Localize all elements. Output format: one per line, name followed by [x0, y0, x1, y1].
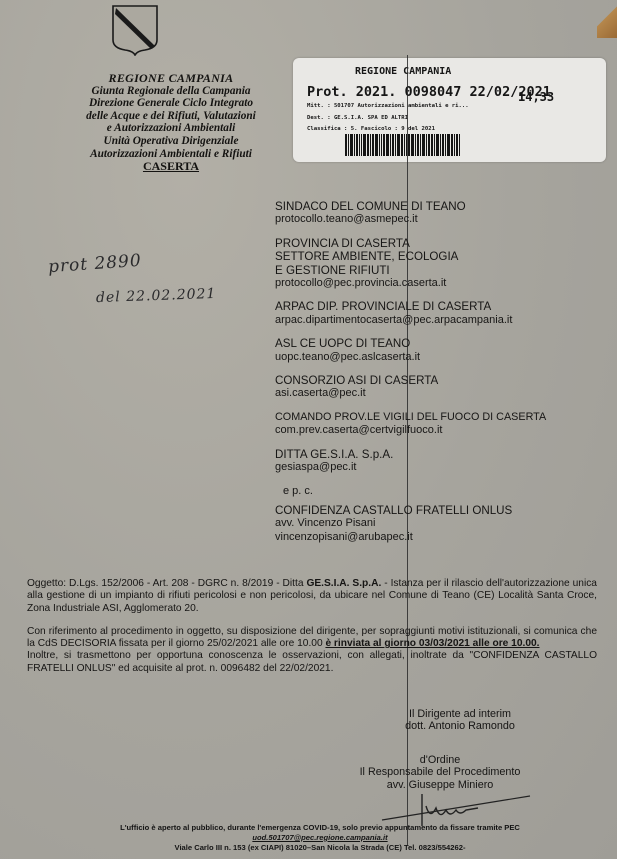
recipient-name: CONFIDENZA CASTALLO FRATELLI ONLUS [275, 504, 595, 517]
recipient-name: DITTA GE.S.I.A. S.p.A. [275, 448, 595, 461]
header-city: CASERTA [60, 160, 282, 173]
protocol-time: 14,33 [518, 90, 554, 104]
stamp-sender: Mitt. : 501707 Autorizzazioni ambientali… [307, 103, 469, 109]
recipient-attention: avv. Vincenzo Pisani [275, 517, 595, 530]
office-address: Viale Carlo III n. 153 (ex CIAPI) 81020–… [60, 843, 580, 853]
recipient: SINDACO DEL COMUNE DI TEANO protocollo.t… [275, 200, 595, 227]
recipient-email: vincenzopisani@arubapec.it [275, 531, 595, 544]
recipient: CONSORZIO ASI DI CASERTA asi.caserta@pec… [275, 374, 595, 401]
regione-campania-crest-icon [111, 4, 159, 56]
stamp-heading: REGIONE CAMPANIA [355, 66, 451, 77]
recipient-name: ARPAC DIP. PROVINCIALE DI CASERTA [275, 300, 595, 313]
recipient-email: arpac.dipartimentocaserta@pec.arpacampan… [275, 314, 595, 327]
issuer-header: REGIONE CAMPANIA Giunta Regionale della … [60, 72, 282, 173]
letter-body: Oggetto: D.Lgs. 152/2006 - Art. 208 - DG… [27, 578, 597, 686]
protocol-stamp: REGIONE CAMPANIA Prot. 2021. 0098047 22/… [293, 58, 606, 162]
recipient-name: COMANDO PROV.LE VIGILI DEL FUOCO DI CASE… [275, 411, 595, 424]
signatory-director: Il Dirigente ad interim dott. Antonio Ra… [400, 708, 520, 733]
recipient-name: PROVINCIA DI CASERTA SETTORE AMBIENTE, E… [275, 237, 595, 277]
recipient-email: com.prev.caserta@certvigilfuoco.it [275, 424, 595, 437]
recipient-name: CONSORZIO ASI DI CASERTA [275, 374, 595, 387]
barcode-icon [345, 134, 488, 156]
protocol-number: Prot. 2021. 0098047 22/02/2021 [307, 84, 551, 100]
recipient-email: asi.caserta@pec.it [275, 387, 595, 400]
signatory-role: Il Responsabile del Procedimento [340, 766, 540, 778]
header-line: Giunta Regionale della Campania [60, 85, 282, 98]
cc-label: e p. c. [283, 485, 595, 498]
recipient: PROVINCIA DI CASERTA SETTORE AMBIENTE, E… [275, 237, 595, 291]
stamp-recipient: Dest. : GE.S.I.A. SPA ED ALTRI [307, 115, 408, 121]
office-pec-email: uod.501707@pec.regione.campania.it [60, 833, 580, 843]
recipient-name: SINDACO DEL COMUNE DI TEANO [275, 200, 595, 213]
region-title: REGIONE CAMPANIA [60, 72, 282, 85]
recipient-email: protocollo.teano@asmepec.it [275, 213, 595, 226]
office-footer: L'ufficio è aperto al pubblico, durante … [60, 823, 580, 852]
recipient: COMANDO PROV.LE VIGILI DEL FUOCO DI CASE… [275, 411, 595, 438]
stamp-classification: Classifica : 5. Fascicolo : 9 del 2021 [307, 126, 435, 132]
cc-recipient: CONFIDENZA CASTALLO FRATELLI ONLUS avv. … [275, 504, 595, 544]
postponement-emphasis: è rinviata al giorno 03/03/2021 alle ore… [325, 638, 539, 649]
recipient-name: ASL CE UOPC DI TEANO [275, 337, 595, 350]
subject-company: GE.S.I.A. S.p.A. [306, 578, 381, 589]
recipients-list: SINDACO DEL COMUNE DI TEANO protocollo.t… [275, 200, 595, 554]
header-line: delle Acque e dei Rifiuti, Valutazioni [60, 110, 282, 123]
subject-prefix: Oggetto: D.Lgs. 152/2006 - Art. 208 - DG… [27, 578, 306, 589]
office-hours-notice: L'ufficio è aperto al pubblico, durante … [60, 823, 580, 833]
signatory-order: d'Ordine [340, 754, 540, 766]
recipient-email: protocollo@pec.provincia.caserta.it [275, 277, 595, 290]
recipient-email: gesiaspa@pec.it [275, 461, 595, 474]
header-line: Direzione Generale Ciclo Integrato [60, 97, 282, 110]
signatory-manager: d'Ordine Il Responsabile del Procediment… [340, 754, 540, 791]
recipient-email: uopc.teano@pec.aslcaserta.it [275, 351, 595, 364]
header-line: e Autorizzazioni Ambientali [60, 122, 282, 135]
signatory-name: dott. Antonio Ramondo [400, 720, 520, 732]
recipient: DITTA GE.S.I.A. S.p.A. gesiaspa@pec.it [275, 448, 595, 475]
observations-paragraph: Inoltre, si trasmettono per opportuna co… [27, 650, 597, 675]
page-corner [597, 0, 617, 38]
header-line: Unità Operativa Dirigenziale [60, 135, 282, 148]
postponement-paragraph: Con riferimento al procedimento in ogget… [27, 626, 597, 651]
subject-paragraph: Oggetto: D.Lgs. 152/2006 - Art. 208 - DG… [27, 578, 597, 615]
recipient: ASL CE UOPC DI TEANO uopc.teano@pec.aslc… [275, 337, 595, 364]
signatory-role: Il Dirigente ad interim [400, 708, 520, 720]
recipient: ARPAC DIP. PROVINCIALE DI CASERTA arpac.… [275, 300, 595, 327]
